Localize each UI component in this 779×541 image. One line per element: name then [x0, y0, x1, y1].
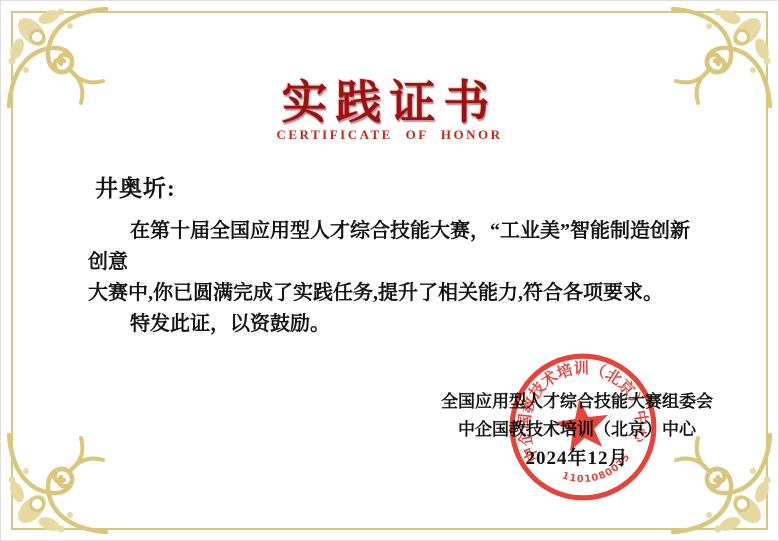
official-red-seal: 中企国教技术培训（北京）中心 1101080075 [496, 340, 670, 514]
certificate-body: 在第十届全国应用型人才综合技能大赛，“工业美”智能制造创新创意 大赛中,你已圆满… [88, 216, 704, 340]
body-line-3: 特发此证，以资鼓励。 [88, 309, 704, 340]
body-line-2: 大赛中,你已圆满完成了实践任务,提升了相关能力,符合各项要求。 [88, 278, 704, 309]
corner-ornament-bottom-left [2, 427, 114, 539]
star-icon [553, 396, 612, 453]
certificate-subtitle: CERTIFICATE OF HONOR [0, 127, 779, 143]
certificate-page: 实践证书 CERTIFICATE OF HONOR 井奥圻: 在第十届全国应用型… [0, 0, 779, 541]
body-line-1: 在第十届全国应用型人才综合技能大赛，“工业美”智能制造创新创意 [88, 216, 704, 278]
recipient-name: 井奥圻: [95, 170, 176, 203]
certificate-title: 实践证书 [0, 66, 779, 132]
